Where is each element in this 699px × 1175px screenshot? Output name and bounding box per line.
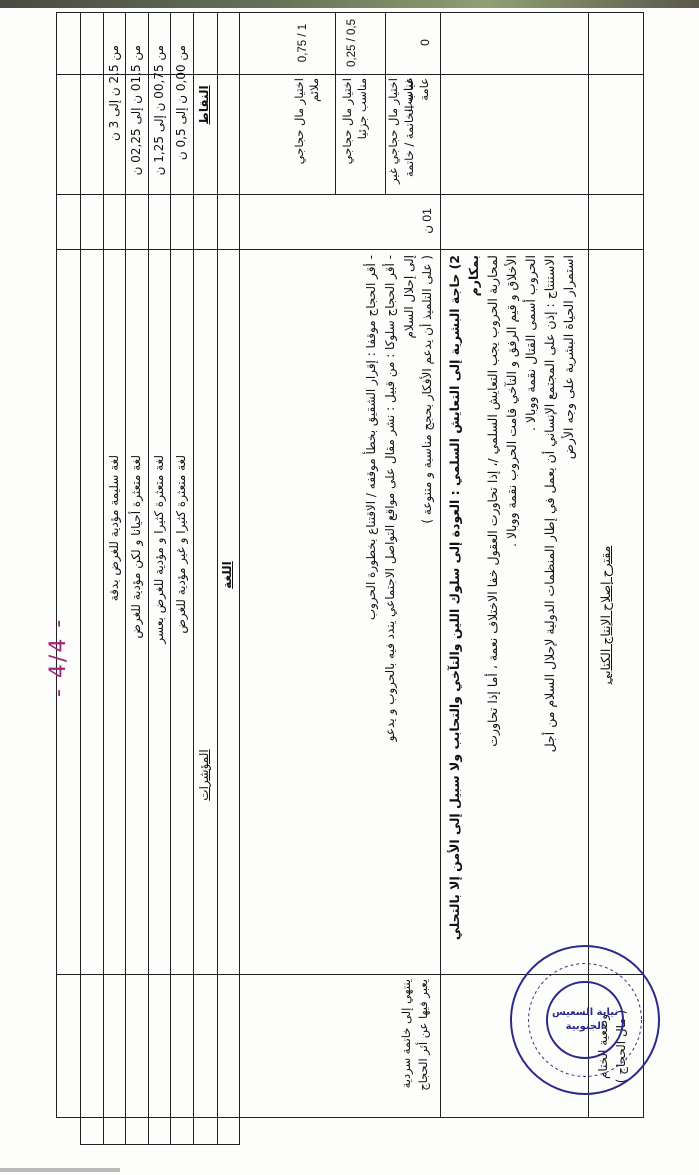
stamp-line: نيابة السعيس (552, 1006, 618, 1020)
page-number: - 4/4 - (46, 607, 71, 697)
body-paragraph: 2) حاجة البشرية إلى التعايش السلمي : الع… (445, 255, 585, 970)
language-row-line (193, 12, 194, 1145)
body-line: 2) حاجة البشرية إلى التعايش السلمي : الع… (445, 255, 483, 970)
body-line: الأخلاق و قيم الرفق و التآخي قامت الحروب… (502, 255, 521, 970)
criterion-score: 0 (418, 20, 432, 65)
language-indicator: لغة سليمة مؤدية للغرض بدقة (104, 455, 124, 875)
body-line: استمرار الحياة البشرية على وجه الأرض (559, 255, 578, 970)
language-title: اللغة (218, 535, 237, 615)
language-points: من 0,00 ن إلى 0,5 ن (171, 45, 191, 245)
language-points: من 00,75 ن إلى 1,25 ن (149, 45, 169, 245)
language-points: من 01,5 ن إلى 02,25 ن (126, 45, 146, 245)
page-title: مقترح إصلاح الإنتاج الكتابي (596, 495, 615, 735)
points-header: النقاط (195, 65, 214, 145)
body-line: لمحاربة الحروب يجب التعايش السلمي /، إذا… (483, 255, 502, 970)
conclusion-block: - أقر الحجاج موقفا : إقرار الشقيق بخطأ م… (362, 255, 422, 970)
criterion-score: 0,75 / 1 (296, 15, 310, 71)
closing-hint-line: ينتهي إلى خاتمة سردية (398, 975, 415, 1118)
body-line: الاستنتاج : إذن على المجتمع الإنساني أن … (540, 255, 559, 970)
language-indicator: لغة متعثرة أحيانا و لكن مؤدية للغرض (126, 455, 146, 875)
conclusion-line: إلى إحلال السلام (400, 255, 419, 970)
column-divider (440, 12, 441, 1118)
criterion-label: اختيار مال حجاجي غير مناسب (386, 78, 416, 190)
indicators-header: المؤشرات (195, 705, 214, 845)
stamp-line: الجنوبية (566, 1020, 605, 1034)
closing-hint-line: يعبر فيها عن أثر الحجاج (415, 975, 432, 1118)
body-line: الحروب أسمى القتال نقمة ووبالا . (521, 255, 540, 970)
closing-hint: ينتهي إلى خاتمة سردية يعبر فيها عن أثر ا… (398, 975, 440, 1118)
language-indicator: لغة متعثرة كثيرا و غير مؤدية للغرض (171, 455, 191, 875)
language-points: من 2,5 ن إلى 3 ن (104, 45, 124, 245)
criterion-label: اختيار مال حجاجي مناسب جزئيا (340, 78, 370, 190)
stamp-center: نيابة السعيس الجنوبية (546, 981, 624, 1059)
criterion-label: اختيار مال حجاجي ملائم (292, 78, 322, 190)
conclusion-line: - أقر الحجاج موقفا : إقرار الشقيق بخطأ م… (362, 255, 381, 970)
language-indicator: لغة متعثرة كثيرا و مؤدية للغرض بعسر (149, 455, 169, 875)
criteria-divider (335, 12, 336, 195)
criteria-score-divider (285, 74, 440, 75)
conclusion-line: - أقر الحجاج سلوكا : من قبيل : نشر مقال … (381, 255, 400, 970)
document-page: مقترح إصلاح الإنتاج الكتابي 2) حاجة البش… (0, 0, 699, 1175)
official-stamp: نيابة السعيس الجنوبية (510, 945, 660, 1095)
score-header: 01 ن (418, 197, 437, 245)
criterion-score: 0,25 / 0,5 (345, 15, 359, 71)
